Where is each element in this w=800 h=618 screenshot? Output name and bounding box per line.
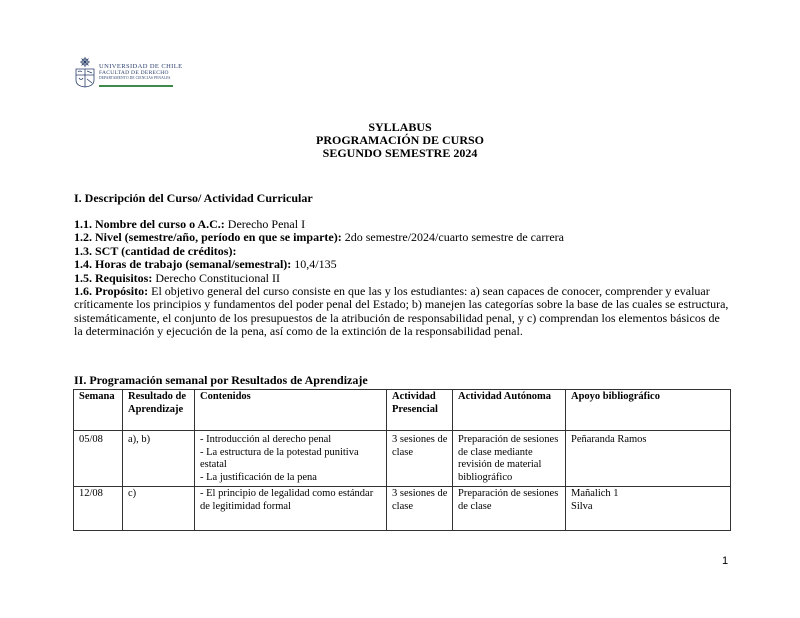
column-header-semana: Semana — [74, 390, 123, 431]
university-logo: UNIVERSIDAD DE CHILE FACULTAD DE DERECHO… — [74, 56, 184, 90]
requirements-item: 1.5. Requisitos: Derecho Constitucional … — [74, 272, 734, 285]
course-name-item: 1.1. Nombre del curso o A.C.: Derecho Pe… — [74, 218, 734, 231]
cell-semana: 12/08 — [74, 487, 123, 531]
logo-university-name: UNIVERSIDAD DE CHILE — [99, 63, 182, 70]
content-item: - El principio de legalidad como estánda… — [200, 488, 382, 513]
purpose-item: 1.6. Propósito: El objetivo general del … — [74, 285, 730, 339]
cell-autonoma: Preparación de sesiones de clase mediant… — [453, 431, 566, 487]
logo-accent-bar — [99, 85, 173, 87]
item-label: 1.6. Propósito: — [74, 284, 148, 298]
cell-apoyo: Peñaranda Ramos — [566, 431, 731, 487]
logo-department-name: DEPARTAMENTO DE CIENCIAS PENALES — [99, 76, 182, 81]
university-crest-icon — [74, 56, 96, 88]
table-row: 12/08 c) - El principio de legalidad com… — [74, 487, 731, 531]
item-label: 1.4. Horas de trabajo (semanal/semestral… — [74, 257, 291, 271]
item-label: 1.3. SCT (cantidad de créditos): — [74, 244, 236, 258]
bibliography-item: Mañalich 1 — [571, 488, 726, 501]
item-value: Derecho Constitucional II — [152, 271, 280, 285]
level-item: 1.2. Nivel (semestre/año, período en que… — [74, 231, 734, 244]
item-value: El objetivo general del curso consiste e… — [74, 284, 728, 338]
column-header-presencial: Actividad Presencial — [387, 390, 453, 431]
cell-presencial: 3 sesiones de clase — [387, 431, 453, 487]
cell-resultado: c) — [123, 487, 195, 531]
section-2-heading: II. Programación semanal por Resultados … — [74, 373, 368, 387]
section-1-heading: I. Descripción del Curso/ Actividad Curr… — [74, 191, 313, 205]
cell-semana: 05/08 — [74, 431, 123, 487]
hours-item: 1.4. Horas de trabajo (semanal/semestral… — [74, 258, 734, 271]
cell-apoyo: Mañalich 1 Silva — [566, 487, 731, 531]
table-row: 05/08 a), b) - Introducción al derecho p… — [74, 431, 731, 487]
weekly-schedule-table: Semana Resultado de Aprendizaje Contenid… — [73, 389, 731, 531]
course-description: 1.1. Nombre del curso o A.C.: Derecho Pe… — [74, 218, 734, 339]
document-title: SYLLABUS PROGRAMACIÓN DE CURSO SEGUNDO S… — [0, 121, 800, 160]
item-label: 1.2. Nivel (semestre/año, período en que… — [74, 230, 342, 244]
page-number: 1 — [722, 555, 728, 567]
item-label: 1.5. Requisitos: — [74, 271, 152, 285]
column-header-apoyo: Apoyo bibliográfico — [566, 390, 731, 431]
column-header-autonoma: Actividad Autónoma — [453, 390, 566, 431]
title-line-3: SEGUNDO SEMESTRE 2024 — [0, 147, 800, 160]
credits-item: 1.3. SCT (cantidad de créditos): — [74, 245, 734, 258]
cell-resultado: a), b) — [123, 431, 195, 487]
cell-contenidos: - El principio de legalidad como estánda… — [195, 487, 387, 531]
bibliography-item: Peñaranda Ramos — [571, 434, 726, 447]
column-header-contenidos: Contenidos — [195, 390, 387, 431]
cell-contenidos: - Introducción al derecho penal - La est… — [195, 431, 387, 487]
content-item: - La estructura de la potestad punitiva … — [200, 447, 382, 472]
item-value: 10,4/135 — [291, 257, 336, 271]
cell-presencial: 3 sesiones de clase — [387, 487, 453, 531]
bibliography-item: Silva — [571, 501, 726, 514]
table-header-row: Semana Resultado de Aprendizaje Contenid… — [74, 390, 731, 431]
item-label: 1.1. Nombre del curso o A.C.: — [74, 217, 225, 231]
item-value: Derecho Penal I — [225, 217, 305, 231]
content-item: - Introducción al derecho penal — [200, 434, 382, 447]
column-header-resultado: Resultado de Aprendizaje — [123, 390, 195, 431]
item-value: 2do semestre/2024/cuarto semestre de car… — [342, 230, 564, 244]
cell-autonoma: Preparación de sesiones de clase — [453, 487, 566, 531]
content-item: - La justificación de la pena — [200, 472, 382, 485]
